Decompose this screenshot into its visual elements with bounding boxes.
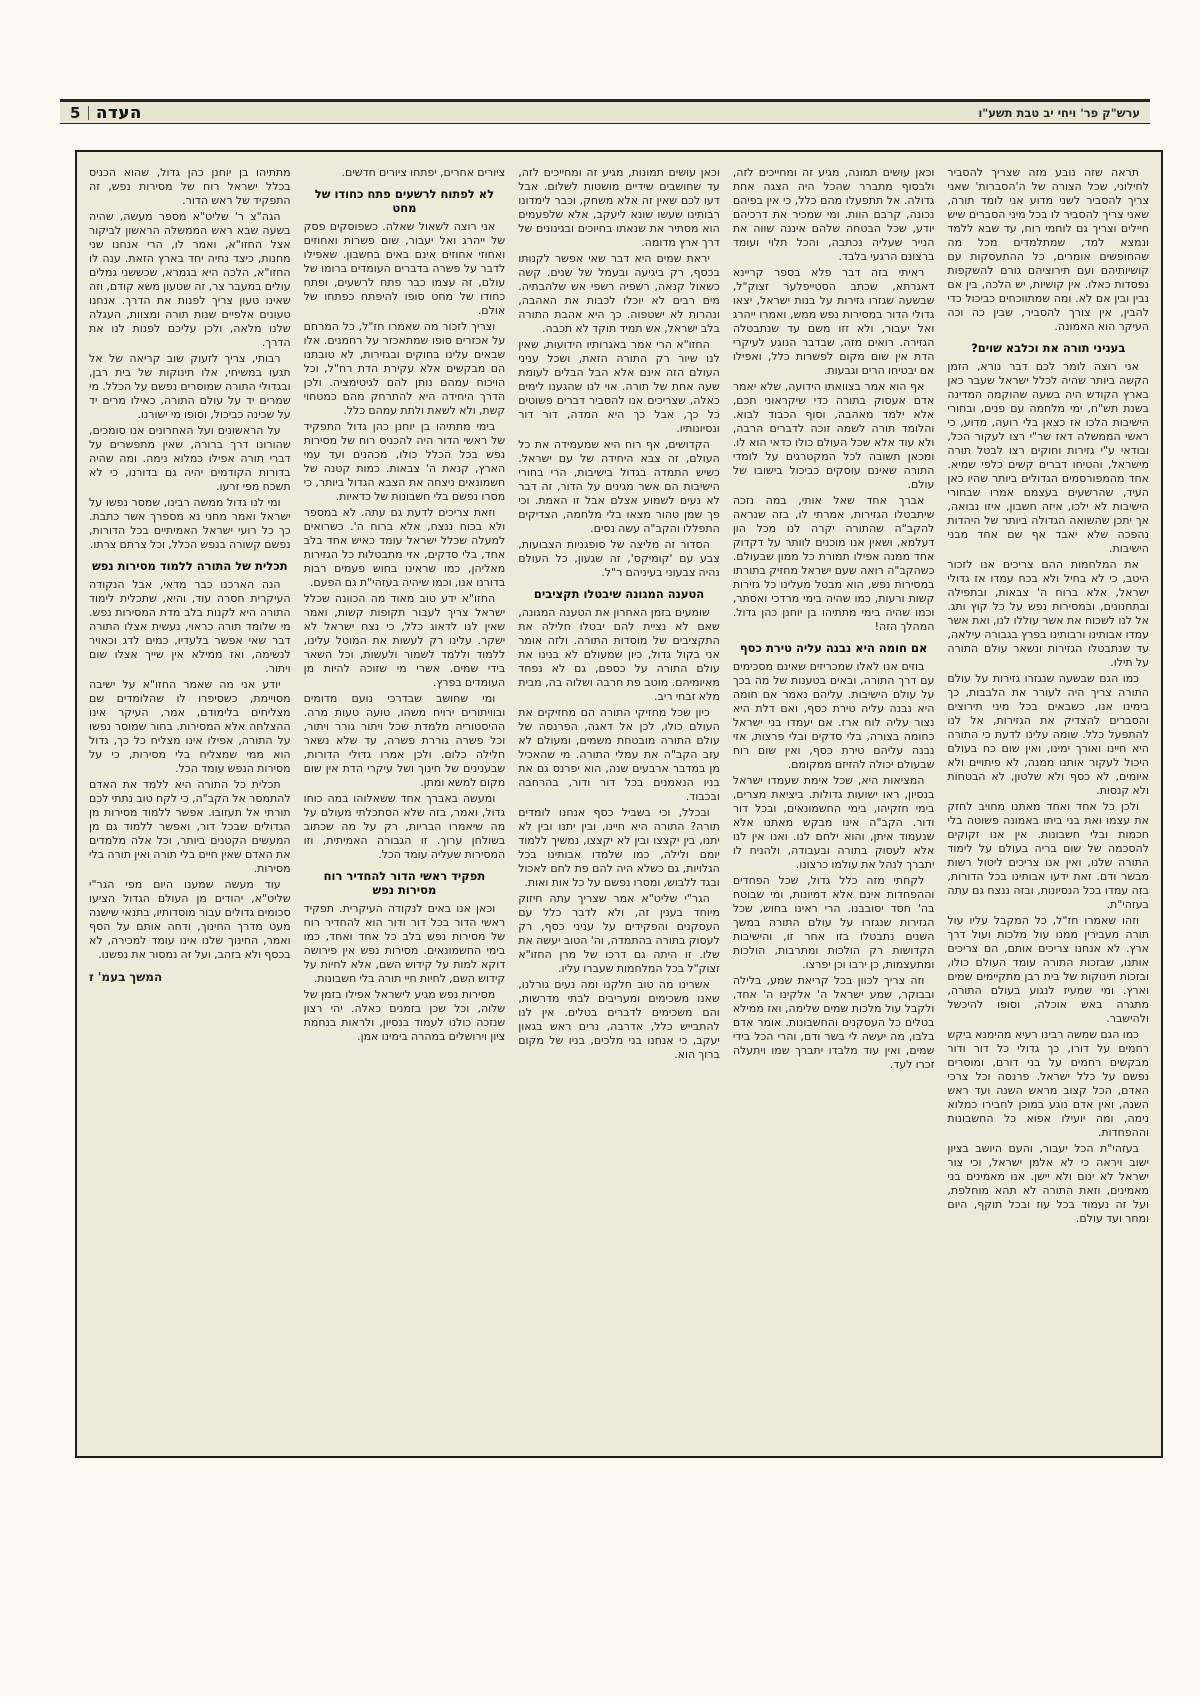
paragraph: וזאת צריכים לדעת גם עתה. לא במספר ולא בכ… bbox=[304, 506, 506, 590]
paragraph: החזו"א הרי אמר באגרותיו הידועות, שאין לנ… bbox=[518, 338, 720, 436]
paragraph: וזהו שאמרו חז"ל, כל המקבל עליו עול תורה … bbox=[947, 914, 1149, 1026]
article-column-4: ציורים אחרים, יפתחו ציורים חדשים.לא לפתו… bbox=[304, 166, 506, 1442]
article-column-1: תראה שזה נובע מזה שצריך להסביר לחילוני, … bbox=[947, 166, 1149, 1442]
paragraph: ומי לנו גדול ממשה רבינו, שמסר נפשו על יש… bbox=[89, 496, 291, 552]
article-column-2: וכאן עושים תמונה, מגיע זה ומחייכים לזה, … bbox=[733, 166, 935, 1442]
section-heading: לא לפתוח לרשעים פתח כחודו של מחט bbox=[306, 187, 504, 215]
paragraph: כיון שכל מחזיקי התורה הם מחזיקים את העול… bbox=[518, 706, 720, 804]
paragraph: יודע אני מה שאמר החזו"א על ישיבה מסויימת… bbox=[89, 678, 291, 776]
paragraph: לקחתי מזה כלל גדול, שכל הפחדים וההפחדות … bbox=[733, 874, 935, 972]
paragraph: בימי מתתיהו בן יוחנן כהן גדול התפקיד של … bbox=[304, 420, 506, 504]
article-columns: תראה שזה נובע מזה שצריך להסביר לחילוני, … bbox=[89, 166, 1149, 1442]
section-heading: בעניני תורה את וכלבא שוים? bbox=[949, 341, 1147, 355]
paragraph: עוד מעשה שמענו היום מפי הגר"י שליט"א, יה… bbox=[89, 878, 291, 962]
paragraph: ראיתי בזה דבר פלא בספר קריינא דאגרתא, שכ… bbox=[733, 266, 935, 378]
paragraph: וכאן עושים תמונה, מגיע זה ומחייכים לזה, … bbox=[733, 166, 935, 264]
paragraph: ציורים אחרים, יפתחו ציורים חדשים. bbox=[304, 166, 506, 180]
article-column-3: וכאן עושים תמונות, מגיע זה ומחייכים לזה,… bbox=[518, 166, 720, 1442]
paragraph: הקדושים, אף רוח היא שמעמידה את כל העולם,… bbox=[518, 438, 720, 536]
paragraph: בוזים אנו לאלו שמכריזים שאינם מסכימים עם… bbox=[733, 660, 935, 772]
section-heading: אם חומה היא נבנה עליה טירת כסף bbox=[735, 641, 933, 655]
paragraph: כמו הגם שמשה רבינו רעיא מהימנא ביקש רחמי… bbox=[947, 1028, 1149, 1140]
paragraph: וצריך לזכור מה שאמרו חז"ל, כל המרחם על א… bbox=[304, 320, 506, 418]
paragraph: תכלית כל התורה היא ללמד את האדם להתמסר א… bbox=[89, 778, 291, 876]
paragraph: תראה שזה נובע מזה שצריך להסביר לחילוני, … bbox=[947, 166, 1149, 334]
paragraph: ומי שחושב שבדרכי נועם מדומים ובוויתורים … bbox=[304, 692, 506, 790]
paragraph: שומעים בזמן האחרון את הטענה המגונה, שאם … bbox=[518, 606, 720, 704]
newspaper-page: 5 העדה ערש"ק פר' ויחי יב טבת תשע"ו תראה … bbox=[0, 0, 1200, 1697]
paragraph: הנה הארכנו כבר מדאי, אבל הנקודה העיקרית … bbox=[89, 578, 291, 676]
paragraph: הגר"י שליט"א אמר שצריך עתה חיזוק מיוחד ב… bbox=[518, 892, 720, 976]
paragraph: אברך אחד שאל אותי, במה נזכה שיתבטלו הגזי… bbox=[733, 494, 935, 634]
paragraph: אני רוצה לומר לכם דבר נורא, הזמן הקשה בי… bbox=[947, 360, 1149, 556]
article-column-5: מתתיהו בן יוחנן כהן גדול, שהוא הכניס בכל… bbox=[89, 166, 291, 1442]
continued-marker: המשך בעמ' ז bbox=[89, 970, 291, 984]
header-divider bbox=[88, 106, 89, 120]
paragraph: וכאן אנו באים לנקודה העיקרית. תפקיד ראשי… bbox=[304, 902, 506, 986]
article-frame: תראה שזה נובע מזה שצריך להסביר לחילוני, … bbox=[75, 150, 1163, 1458]
paragraph: ומעשה באברך אחד ששאלוהו במה כוחו גדול, ו… bbox=[304, 792, 506, 862]
paragraph: ולכן כל אחד ואחד מאתנו מחויב לחזק את עצמ… bbox=[947, 800, 1149, 912]
paragraph: מסירות נפש מגיע לישראל אפילו בזמן של שלו… bbox=[304, 988, 506, 1044]
paragraph: על הראשונים ועל האחרונים אנו סומכים, שהו… bbox=[89, 424, 291, 494]
section-heading: הטענה המגונה שיבטלו תקציבים bbox=[520, 587, 718, 601]
paragraph: ובכלל, וכי בשביל כסף אנחנו לומדים תורה? … bbox=[518, 806, 720, 890]
paragraph: אשרינו מה טוב חלקנו ומה נעים גורלנו, שאנ… bbox=[518, 978, 720, 1062]
page-number: 5 bbox=[70, 104, 81, 122]
paragraph: הסדור זה מליצה של סופגניות הצבועות, צבע … bbox=[518, 538, 720, 580]
paragraph: מתתיהו בן יוחנן כהן גדול, שהוא הכניס בכל… bbox=[89, 166, 291, 208]
page-header: 5 העדה ערש"ק פר' ויחי יב טבת תשע"ו bbox=[60, 99, 1150, 124]
paragraph: וכאן עושים תמונות, מגיע זה ומחייכים לזה,… bbox=[518, 166, 720, 250]
paragraph: המציאות היא, שכל אימת שעמדו ישראל בנסיון… bbox=[733, 774, 935, 872]
masthead-logo: העדה bbox=[96, 103, 142, 122]
paragraph: אני רוצה לשאול שאלה. כשפוסקים פסק של ייה… bbox=[304, 220, 506, 318]
paragraph: הגה"צ ר' שליט"א מספר מעשה, שהיה בשעה שבא… bbox=[89, 210, 291, 350]
date-line: ערש"ק פר' ויחי יב טבת תשע"ו bbox=[978, 106, 1140, 120]
paragraph: רבותי, צריך לזעוק שוב קריאה של אל תגעו ב… bbox=[89, 352, 291, 422]
paragraph: יראת שמים היא דבר שאי אפשר לקנותו בכסף, … bbox=[518, 252, 720, 336]
section-heading: תפקיד ראשי הדור להחדיר רוח מסירות נפש bbox=[306, 869, 504, 897]
paragraph: וזה צריך לכוון בכל קריאת שמע, בלילה ובבו… bbox=[733, 974, 935, 1072]
paragraph: החזו"א ידע טוב מאוד מה הכוונה שכלל ישראל… bbox=[304, 592, 506, 690]
section-heading: תכלית של התורה ללמוד מסירות נפש bbox=[91, 559, 289, 573]
paragraph: אף הוא אמר בצוואתו הידועה, שלא יאמר אדם … bbox=[733, 380, 935, 492]
paragraph: כמו הגם שבשעה שנגזרו גזירות על עולם התור… bbox=[947, 672, 1149, 798]
header-left-cluster: 5 העדה bbox=[70, 103, 142, 122]
paragraph: את המלחמות ההם צריכים אנו לזכור היטב, כי… bbox=[947, 558, 1149, 670]
paragraph: בעזהי"ת הכל יעבור, והעם היושב בציון ישוב… bbox=[947, 1142, 1149, 1226]
